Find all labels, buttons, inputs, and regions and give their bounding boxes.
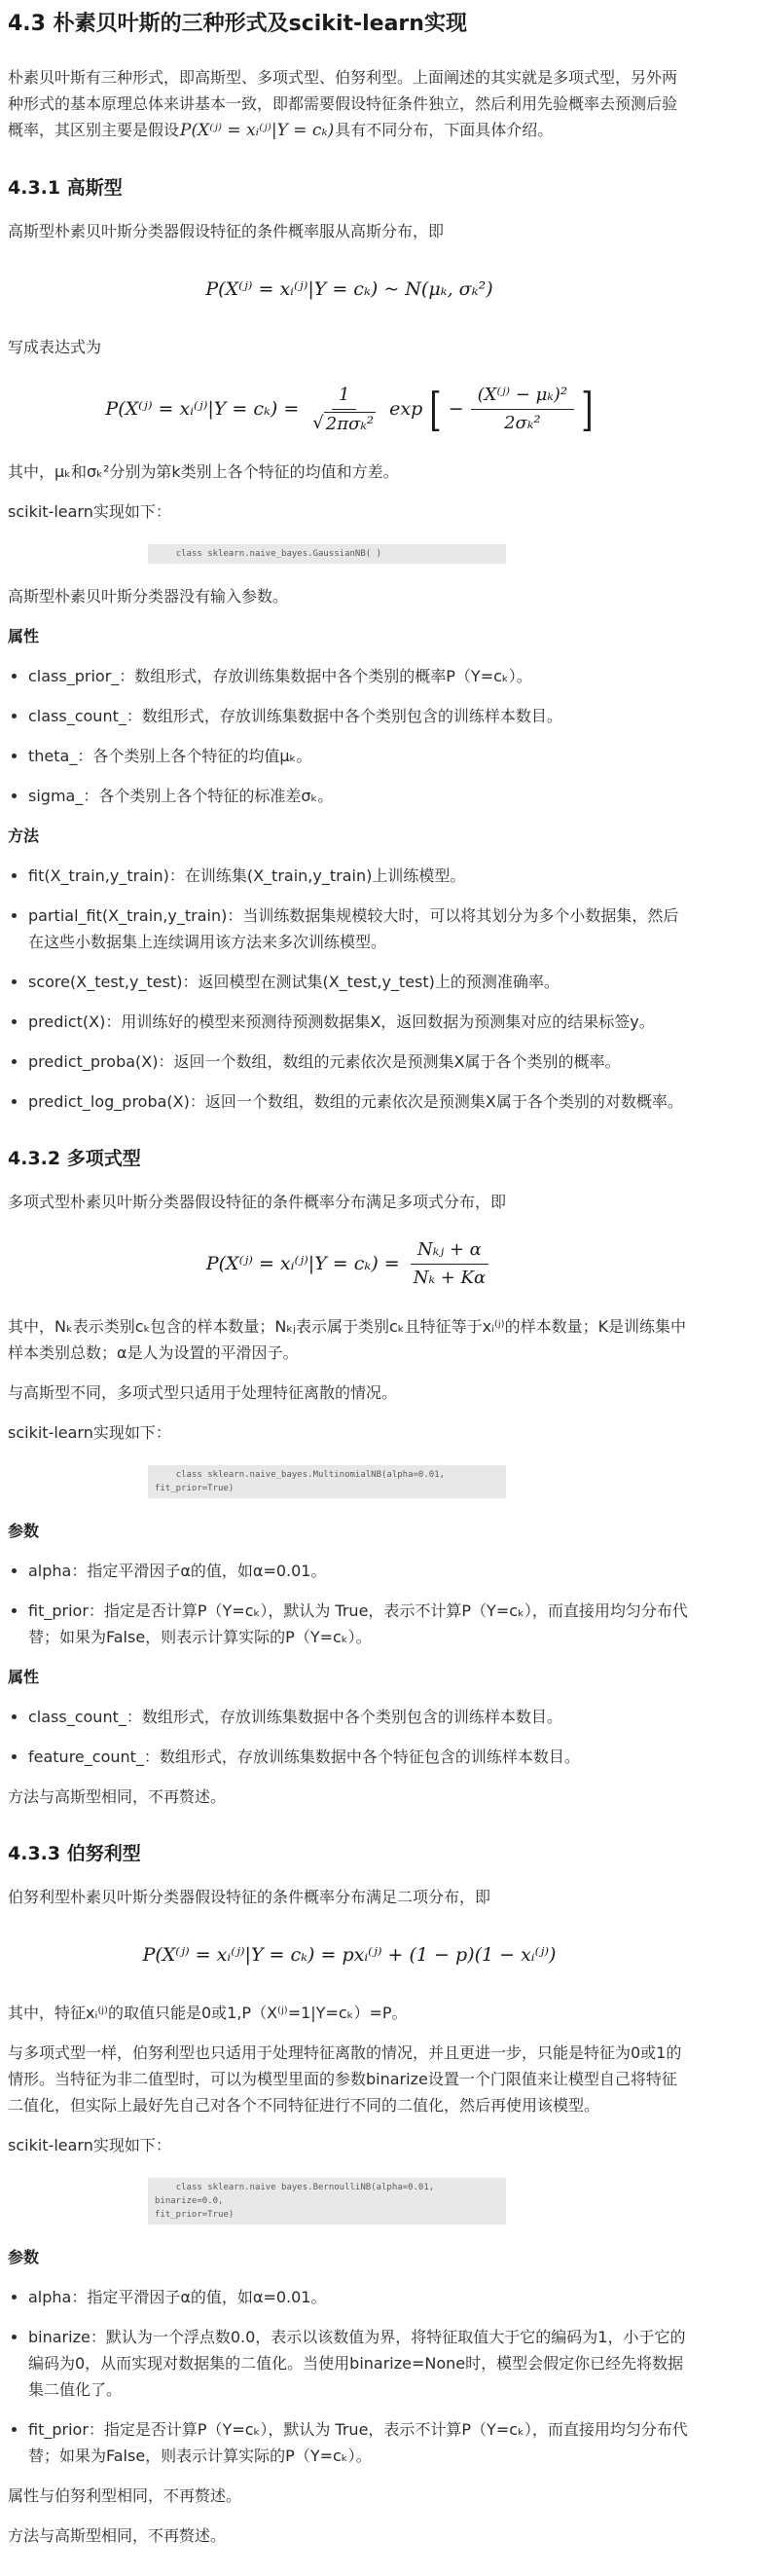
params-list: alpha：指定平滑因子α的值，如α=0.01。 binarize：默认为一个浮… xyxy=(8,2284,691,2469)
attribute-item: class_count_：数组形式，存放训练集数据中各个类别包含的训练样本数目。 xyxy=(28,703,691,729)
fraction-denominator: √2πσₖ² xyxy=(306,410,382,435)
paragraph: 伯努利型朴素贝叶斯分类器假设特征的条件概率分布满足二项分布，即 xyxy=(8,1884,691,1910)
code-block-bernoullinb: class sklearn.naive bayes.BernoulliNB(al… xyxy=(148,2178,506,2225)
paragraph: 属性与伯努利型相同，不再赘述。 xyxy=(8,2483,691,2509)
intro-paragraph: 朴素贝叶斯有三种形式，即高斯型、多项式型、伯努利型。上面阐述的其实就是多项式型，… xyxy=(8,64,691,144)
method-item: predict_proba(X)：返回一个数组，数组的元素依次是预测集X属于各个… xyxy=(28,1049,691,1075)
section-gaussian: 4.3.1 高斯型 高斯型朴素贝叶斯分类器假设特征的条件概率服从高斯分布，即 P… xyxy=(8,175,691,1115)
paragraph: 方法与高斯型相同，不再赘述。 xyxy=(8,1784,691,1810)
page-title: 4.3 朴素贝叶斯的三种形式及scikit-learn实现 xyxy=(8,10,691,39)
attribute-item: class_prior_：数组形式，存放训练集数据中各个类别的概率P（Y=cₖ）… xyxy=(28,663,691,689)
radical-sign: √ xyxy=(312,412,323,435)
paragraph: 方法与高斯型相同，不再赘述。 xyxy=(8,2522,691,2549)
exp-label: exp xyxy=(389,396,422,423)
attributes-heading: 属性 xyxy=(8,623,691,649)
methods-heading: 方法 xyxy=(8,823,691,849)
paragraph: 其中，特征xᵢ⁽ʲ⁾的取值只能是0或1,P（X⁽ʲ⁾=1|Y=cₖ）=P。 xyxy=(8,2000,691,2026)
fraction-numerator: 1 xyxy=(332,384,356,410)
param-item: alpha：指定平滑因子α的值，如α=0.01。 xyxy=(28,1558,691,1584)
paragraph: 其中，μₖ和σₖ²分别为第k类别上各个特征的均值和方差。 xyxy=(8,459,691,485)
formula-lhs: P(X⁽ʲ⁾ = xᵢ⁽ʲ⁾|Y = cₖ) = xyxy=(206,1251,400,1277)
formula-lhs: P(X⁽ʲ⁾ = xᵢ⁽ʲ⁾|Y = cₖ) = xyxy=(105,396,299,423)
paragraph: scikit-learn实现如下： xyxy=(8,1419,691,1446)
params-heading: 参数 xyxy=(8,2244,691,2270)
paragraph: 高斯型朴素贝叶斯分类器没有输入参数。 xyxy=(8,583,691,609)
section-heading-bernoulli: 4.3.3 伯努利型 xyxy=(8,1841,691,1866)
paragraph: 其中，Nₖ表示类别cₖ包含的样本数量；Nₖⱼ表示属于类别cₖ且特征等于xᵢ⁽ʲ⁾… xyxy=(8,1313,691,1366)
intro-text-after: 具有不同分布，下面具体介绍。 xyxy=(335,121,553,139)
attributes-list: class_count_：数组形式，存放训练集数据中各个类别包含的训练样本数目。… xyxy=(8,1704,691,1770)
method-item: score(X_test,y_test)：返回模型在测试集(X_test,y_t… xyxy=(28,969,691,995)
methods-list: fit(X_train,y_train)：在训练集(X_train,y_trai… xyxy=(8,863,691,1115)
fraction-denominator: 2σₖ² xyxy=(497,410,548,435)
minus-sign: − xyxy=(449,396,464,423)
param-item: binarize：默认为一个浮点数0.0，表示以该数值为界，将特征取值大于它的编… xyxy=(28,2324,691,2403)
paragraph: 高斯型朴素贝叶斯分类器假设特征的条件概率服从高斯分布，即 xyxy=(8,218,691,244)
fraction-numerator: Nₖⱼ + α xyxy=(411,1238,488,1265)
attribute-item: sigma_：各个类别上各个特征的标准差σₖ。 xyxy=(28,783,691,809)
attributes-heading: 属性 xyxy=(8,1664,691,1690)
attribute-item: feature_count_：数组形式，存放训练集数据中各个特征包含的训练样本数… xyxy=(28,1744,691,1770)
paragraph: 与多项式型一样，伯努利型也只适用于处理特征离散的情况，并且更进一步，只能是特征为… xyxy=(8,2040,691,2118)
paragraph: 多项式型朴素贝叶斯分类器假设特征的条件概率分布满足多项式分布，即 xyxy=(8,1189,691,1215)
param-item: fit_prior：指定是否计算P（Y=cₖ），默认为 True，表示不计算P（… xyxy=(28,1598,691,1650)
param-item: fit_prior：指定是否计算P（Y=cₖ），默认为 True，表示不计算P（… xyxy=(28,2416,691,2469)
display-formula-multinomial: P(X⁽ʲ⁾ = xᵢ⁽ʲ⁾|Y = cₖ) = Nₖⱼ + α Nₖ + Kα xyxy=(8,1238,691,1290)
code-block-multinomialnb: class sklearn.naive_bayes.MultinomialNB(… xyxy=(148,1465,506,1498)
section-multinomial: 4.3.2 多项式型 多项式型朴素贝叶斯分类器假设特征的条件概率分布满足多项式分… xyxy=(8,1146,691,1810)
method-item: predict(X)：用训练好的模型来预测待预测数据集X，返回数据为预测集对应的… xyxy=(28,1009,691,1035)
paragraph: 写成表达式为 xyxy=(8,334,691,360)
radicand: 2πσₖ² xyxy=(324,412,376,435)
section-heading-gaussian: 4.3.1 高斯型 xyxy=(8,175,691,201)
method-item: partial_fit(X_train,y_train)：当训练数据集规模较大时… xyxy=(28,902,691,955)
method-item: fit(X_train,y_train)：在训练集(X_train,y_trai… xyxy=(28,863,691,889)
section-heading-multinomial: 4.3.2 多项式型 xyxy=(8,1146,691,1171)
fraction: (X⁽ʲ⁾ − μₖ)² 2σₖ² xyxy=(471,384,574,435)
attribute-item: class_count_：数组形式，存放训练集数据中各个类别包含的训练样本数目。 xyxy=(28,1704,691,1730)
display-formula-gaussian-density: P(X⁽ʲ⁾ = xᵢ⁽ʲ⁾|Y = cₖ) = 1 √2πσₖ² exp [ … xyxy=(8,384,691,435)
paragraph: 与高斯型不同，多项式型只适用于处理特征离散的情况。 xyxy=(8,1380,691,1406)
fraction-numerator: (X⁽ʲ⁾ − μₖ)² xyxy=(471,384,574,410)
display-formula-gaussian-distribution: P(X⁽ʲ⁾ = xᵢ⁽ʲ⁾|Y = cₖ) ~ N(μₖ, σₖ²) xyxy=(8,268,691,311)
fraction-denominator: Nₖ + Kα xyxy=(407,1265,492,1290)
section-bernoulli: 4.3.3 伯努利型 伯努利型朴素贝叶斯分类器假设特征的条件概率分布满足二项分布… xyxy=(8,1841,691,2549)
fraction: Nₖⱼ + α Nₖ + Kα xyxy=(407,1238,492,1290)
params-list: alpha：指定平滑因子α的值，如α=0.01。 fit_prior：指定是否计… xyxy=(8,1558,691,1650)
display-formula-bernoulli: P(X⁽ʲ⁾ = xᵢ⁽ʲ⁾|Y = cₖ) = pxᵢ⁽ʲ⁾ + (1 − p… xyxy=(8,1933,691,1976)
method-item: predict_log_proba(X)：返回一个数组，数组的元素依次是预测集X… xyxy=(28,1088,691,1115)
paragraph: scikit-learn实现如下： xyxy=(8,498,691,525)
formula-text: P(X⁽ʲ⁾ = xᵢ⁽ʲ⁾|Y = cₖ) ~ N(μₖ, σₖ²) xyxy=(205,276,492,303)
attributes-list: class_prior_：数组形式，存放训练集数据中各个类别的概率P（Y=cₖ）… xyxy=(8,663,691,809)
paragraph: scikit-learn实现如下： xyxy=(8,2132,691,2158)
code-block-gaussiannb: class sklearn.naive_bayes.GaussianNB( ) xyxy=(148,544,506,564)
article: 4.3 朴素贝叶斯的三种形式及scikit-learn实现 朴素贝叶斯有三种形式… xyxy=(0,0,691,2576)
params-heading: 参数 xyxy=(8,1518,691,1544)
fraction: 1 √2πσₖ² xyxy=(306,384,382,435)
attribute-item: theta_：各个类别上各个特征的均值μₖ。 xyxy=(28,743,691,769)
formula-text: P(X⁽ʲ⁾ = xᵢ⁽ʲ⁾|Y = cₖ) = pxᵢ⁽ʲ⁾ + (1 − p… xyxy=(143,1942,557,1969)
inline-formula: P(X⁽ʲ⁾ = xᵢ⁽ʲ⁾|Y = cₖ) xyxy=(179,121,335,140)
param-item: alpha：指定平滑因子α的值，如α=0.01。 xyxy=(28,2284,691,2310)
